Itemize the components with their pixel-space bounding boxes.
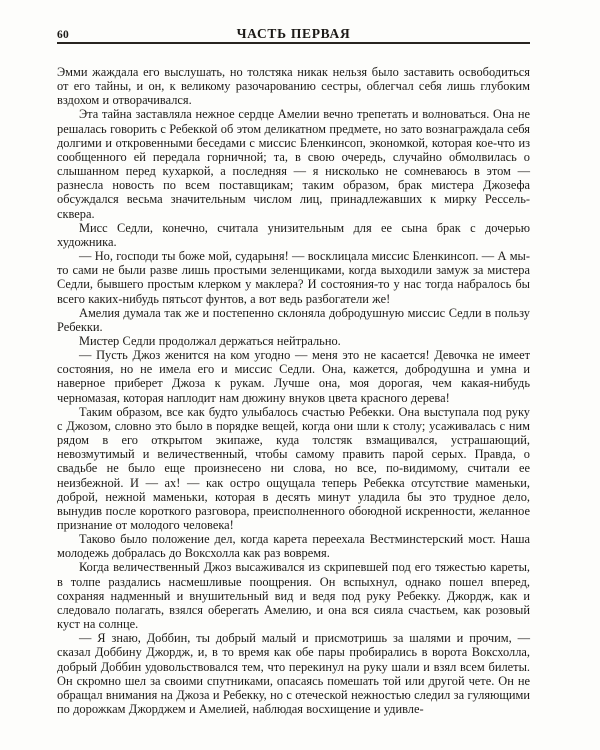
paragraph: Таково было положение дел, когда карета … <box>57 532 530 560</box>
text-body: Эмми жаждала его выслушать, но толстяка … <box>57 65 530 716</box>
paragraph: — Но, господи ты боже мой, сударыня! — в… <box>57 249 530 306</box>
book-page: 60 ЧАСТЬ ПЕРВАЯ Эмми жаждала его выслуша… <box>0 0 600 750</box>
paragraph: Мисс Седли, конечно, считала унизительны… <box>57 221 530 249</box>
running-title: ЧАСТЬ ПЕРВАЯ <box>57 26 530 42</box>
paragraph: Таким образом, все как будто улыбалось с… <box>57 405 530 532</box>
running-head: 60 ЧАСТЬ ПЕРВАЯ <box>57 24 530 44</box>
paragraph: Эмми жаждала его выслушать, но толстяка … <box>57 65 530 107</box>
paragraph: Когда величественный Джоз высаживался из… <box>57 560 530 631</box>
paragraph: Мистер Седли продолжал держаться нейтрал… <box>57 334 530 348</box>
paragraph: — Я знаю, Доббин, ты добрый малый и прис… <box>57 631 530 716</box>
paragraph: Амелия думала так же и постепенно склоня… <box>57 306 530 334</box>
paragraph: Эта тайна заставляла нежное сердце Амели… <box>57 107 530 220</box>
paragraph: — Пусть Джоз женится на ком угодно — мен… <box>57 348 530 405</box>
